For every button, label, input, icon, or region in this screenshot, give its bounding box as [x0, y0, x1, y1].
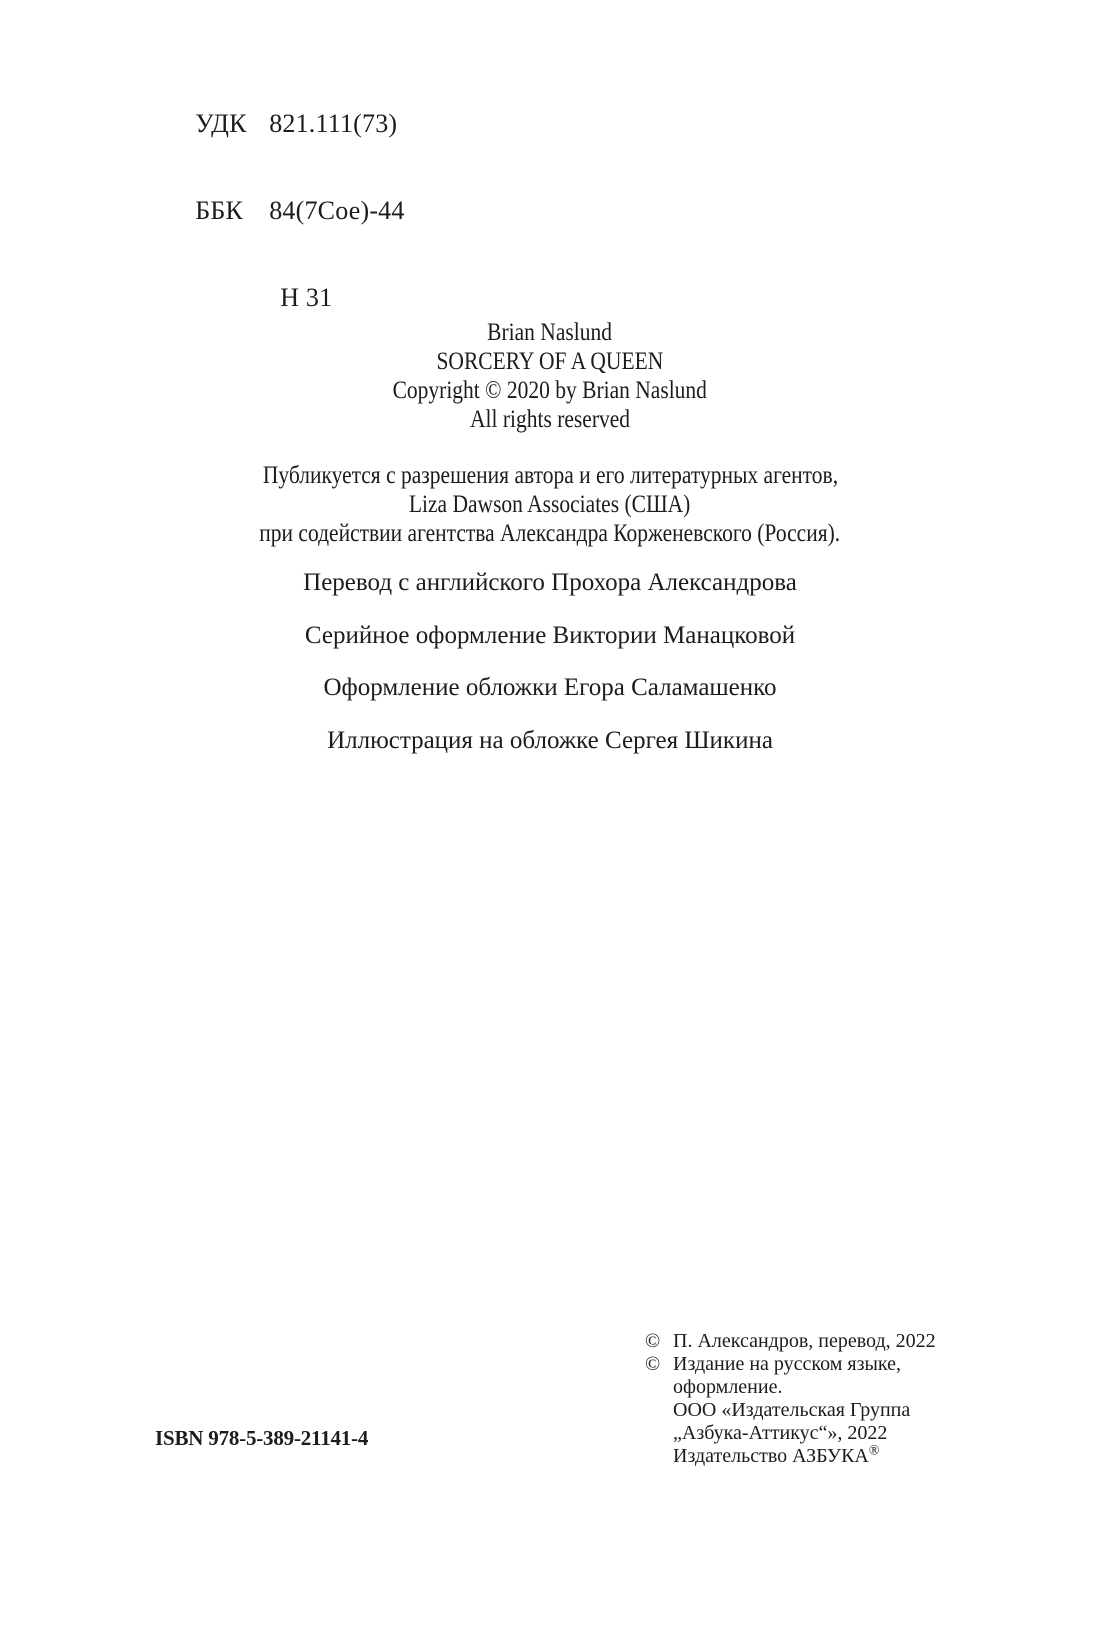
copyright-icon: ©	[645, 1353, 660, 1376]
bbk-row: ББК84(7Сое)-44	[155, 167, 405, 254]
imprint-translation-text: П. Александров, перевод, 2022	[673, 1330, 936, 1352]
original-edition-block: Brian Naslund SORCERY OF A QUEEN Copyrig…	[0, 318, 1100, 434]
credits-block: Перевод с английского Прохора Александро…	[0, 566, 1100, 776]
copyright-icon: ©	[645, 1330, 660, 1353]
original-copyright: Copyright © 2020 by Brian Naslund	[393, 376, 707, 405]
bbk-value: 84(7Сое)-44	[269, 196, 404, 225]
bbk-label: ББК	[195, 196, 269, 225]
credit-translation: Перевод с английского Прохора Александро…	[0, 566, 1100, 600]
credit-series-design: Серийное оформление Виктории Манацковой	[0, 619, 1100, 653]
imprint-translation: © П. Александров, перевод, 2022	[645, 1330, 936, 1353]
credit-cover-illustration: Иллюстрация на обложке Сергея Шикина	[0, 724, 1100, 758]
imprint-edition-line-4: „Азбука-Аттикус“», 2022	[673, 1422, 936, 1445]
author-mark: Н 31	[280, 283, 332, 312]
publisher-name: Издательство АЗБУКА	[673, 1445, 869, 1467]
permission-line-3: при содействии агентства Александра Корж…	[260, 519, 841, 548]
imprint-block: © П. Александров, перевод, 2022 © Издани…	[645, 1330, 936, 1468]
udk-row: УДК821.111(73)	[155, 80, 405, 167]
credit-cover-design: Оформление обложки Егора Саламашенко	[0, 671, 1100, 705]
permission-line-1: Публикуется с разрешения автора и его ли…	[262, 461, 837, 490]
udk-value: 821.111(73)	[269, 109, 397, 138]
registered-trademark-icon: ®	[869, 1443, 880, 1458]
original-rights: All rights reserved	[470, 405, 630, 434]
imprint-edition-line-5: Издательство АЗБУКА®	[673, 1445, 936, 1468]
copyright-page: УДК821.111(73) ББК84(7Сое)-44 Н 31 Brian…	[0, 0, 1100, 1650]
isbn: ISBN 978-5-389-21141-4	[155, 1426, 368, 1451]
permission-line-2: Liza Dawson Associates (США)	[409, 490, 690, 519]
imprint-edition: © Издание на русском языке, оформление. …	[645, 1353, 936, 1468]
original-author: Brian Naslund	[488, 318, 613, 347]
permission-block: Публикуется с разрешения автора и его ли…	[0, 461, 1100, 548]
imprint-edition-line-2: оформление.	[673, 1376, 936, 1399]
udk-label: УДК	[195, 109, 269, 138]
original-title: SORCERY OF A QUEEN	[437, 347, 664, 376]
classification-block: УДК821.111(73) ББК84(7Сое)-44 Н 31	[155, 80, 405, 341]
imprint-edition-line-3: ООО «Издательская Группа	[673, 1399, 936, 1422]
imprint-edition-line-1: Издание на русском языке,	[673, 1353, 936, 1376]
